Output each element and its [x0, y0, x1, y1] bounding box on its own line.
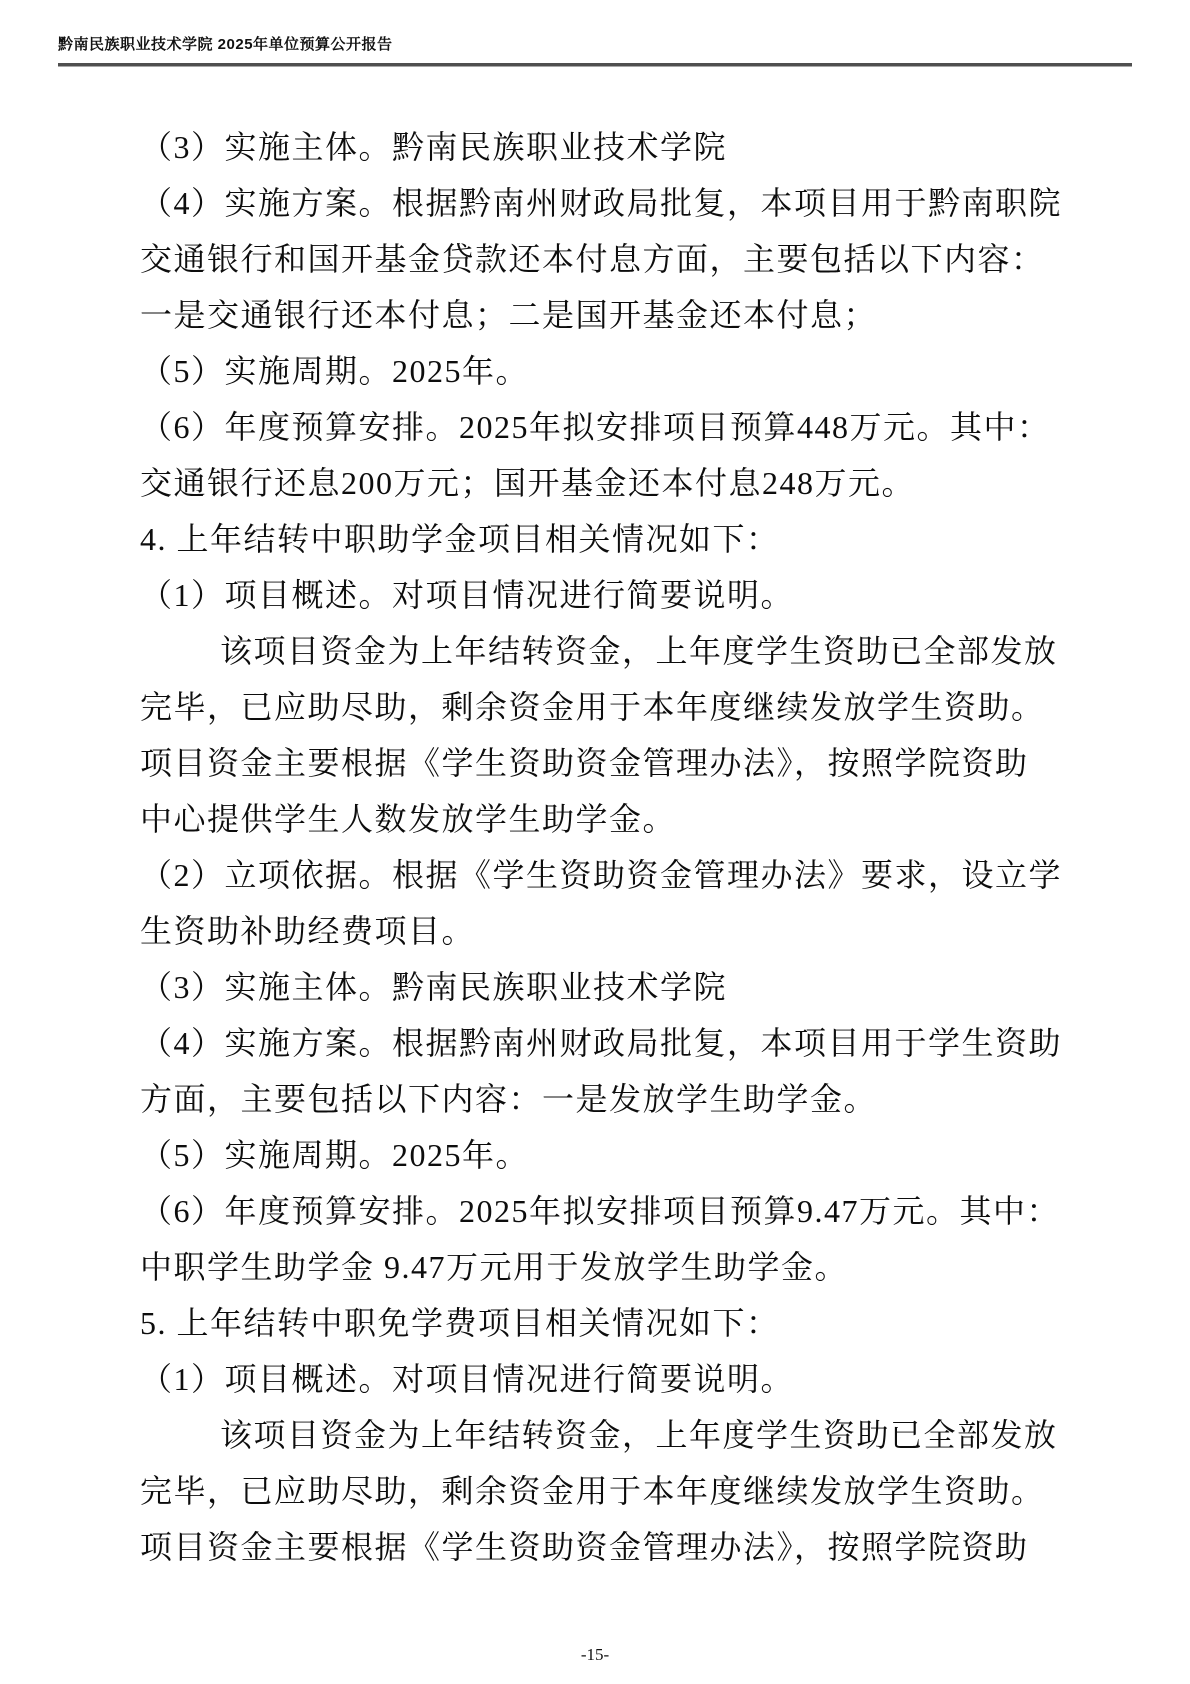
text-line: 一是交通银行还本付息；二是国开基金还本付息； [140, 287, 1052, 343]
text-line: 完毕，已应助尽助，剩余资金用于本年度继续发放学生资助。 [140, 679, 1052, 735]
page-number: -15- [581, 1645, 609, 1664]
text-line: 方面，主要包括以下内容：一是发放学生助学金。 [140, 1071, 1052, 1127]
header-title: 黔南民族职业技术学院 2025年单位预算公开报告 [58, 33, 1132, 54]
text-line: 项目资金主要根据《学生资助资金管理办法》，按照学院资助 [140, 735, 1052, 791]
text-line: （1）项目概述。对项目情况进行简要说明。 [140, 1351, 1052, 1407]
page-footer: -15- [0, 1645, 1190, 1665]
document-page: 黔南民族职业技术学院 2025年单位预算公开报告 （3）实施主体。黔南民族职业技… [0, 0, 1190, 1684]
text-line: （5）实施周期。2025年。 [140, 343, 1052, 399]
text-line: 交通银行和国开基金贷款还本付息方面，主要包括以下内容： [140, 231, 1052, 287]
text-line: （1）项目概述。对项目情况进行简要说明。 [140, 567, 1052, 623]
text-line: 5. 上年结转中职免学费项目相关情况如下： [140, 1295, 1052, 1351]
text-line: （6）年度预算安排。2025年拟安排项目预算9.47万元。其中： [140, 1183, 1052, 1239]
text-line: （5）实施周期。2025年。 [140, 1127, 1052, 1183]
text-line: （3）实施主体。黔南民族职业技术学院 [140, 119, 1052, 175]
page-header: 黔南民族职业技术学院 2025年单位预算公开报告 [58, 33, 1132, 67]
text-line: 该项目资金为上年结转资金，上年度学生资助已全部发放 [140, 1407, 1052, 1463]
text-line: 项目资金主要根据《学生资助资金管理办法》，按照学院资助 [140, 1519, 1052, 1575]
text-line: 该项目资金为上年结转资金，上年度学生资助已全部发放 [140, 623, 1052, 679]
text-line: 4. 上年结转中职助学金项目相关情况如下： [140, 511, 1052, 567]
text-line: 生资助补助经费项目。 [140, 903, 1052, 959]
header-divider [58, 63, 1132, 67]
text-line: 中心提供学生人数发放学生助学金。 [140, 791, 1052, 847]
text-line: （3）实施主体。黔南民族职业技术学院 [140, 959, 1052, 1015]
text-line: 完毕，已应助尽助，剩余资金用于本年度继续发放学生资助。 [140, 1463, 1052, 1519]
text-line: （4）实施方案。根据黔南州财政局批复，本项目用于学生资助 [140, 1015, 1052, 1071]
text-line: 中职学生助学金 9.47万元用于发放学生助学金。 [140, 1239, 1052, 1295]
document-body: （3）实施主体。黔南民族职业技术学院 （4）实施方案。根据黔南州财政局批复，本项… [140, 119, 1052, 1575]
text-line: 交通银行还息200万元；国开基金还本付息248万元。 [140, 455, 1052, 511]
text-line: （2）立项依据。根据《学生资助资金管理办法》要求，设立学 [140, 847, 1052, 903]
text-line: （6）年度预算安排。2025年拟安排项目预算448万元。其中： [140, 399, 1052, 455]
text-line: （4）实施方案。根据黔南州财政局批复，本项目用于黔南职院 [140, 175, 1052, 231]
